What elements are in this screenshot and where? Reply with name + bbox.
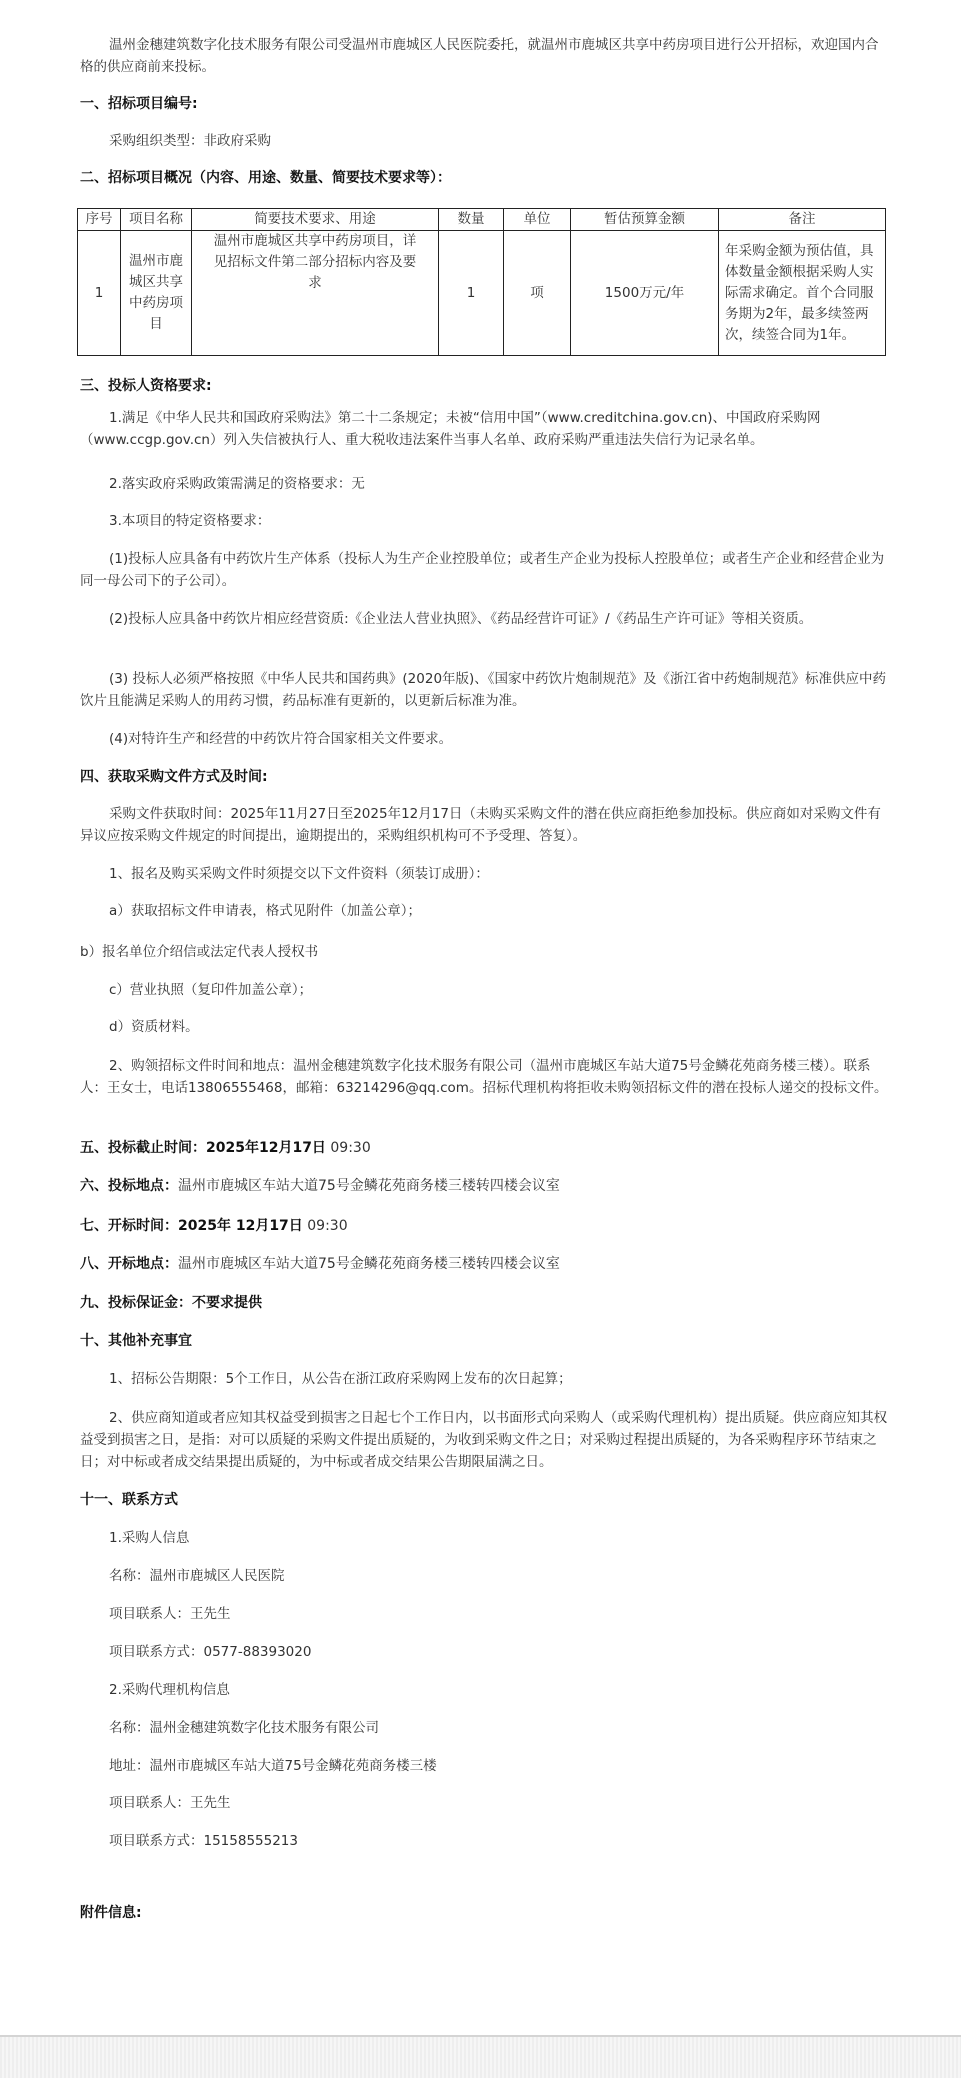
acquisition-location: 2、购领招标文件时间和地点：温州金穗建筑数字化技术服务有限公司（温州市鹿城区车站… — [80, 1055, 890, 1099]
bid-deadline-date: 2025年12月17日 — [206, 1140, 326, 1156]
page-footer-band — [0, 2035, 961, 2080]
table-header-row: 序号 项目名称 简要技术要求、用途 数量 单位 暂估预算金额 备注 — [78, 209, 886, 231]
bid-location-value: 温州市鹿城区车站大道75号金鳞花苑商务楼三楼转四楼会议室 — [178, 1178, 560, 1194]
qualification-3-4: (4)对特许生产和经营的中药饮片符合国家相关文件要求。 — [80, 728, 890, 750]
col-header-name: 项目名称 — [121, 209, 192, 231]
material-a: a）获取招标文件申请表，格式见附件（加盖公章）； — [80, 900, 890, 922]
qualification-3: 3.本项目的特定资格要求： — [80, 510, 890, 532]
section-1-heading: 一、招标项目编号: — [80, 93, 198, 115]
col-header-budget: 暂估预算金额 — [571, 209, 719, 231]
col-header-qty: 数量 — [439, 209, 504, 231]
cell-tech: 温州市鹿城区共享中药房项目，详见招标文件第二部分招标内容及要求 — [192, 231, 439, 356]
opening-location-label: 八、开标地点： — [80, 1256, 178, 1272]
qualification-2: 2.落实政府采购政策需满足的资格要求：无 — [80, 473, 890, 495]
cell-unit: 项 — [504, 231, 571, 356]
section-8-opening-location: 八、开标地点：温州市鹿城区车站大道75号金鳞花苑商务楼三楼转四楼会议室 — [80, 1253, 560, 1275]
bid-deadline-time: 09:30 — [326, 1140, 371, 1156]
cell-note: 年采购金额为预估值，具体数量金额根据采购人实际需求确定。首个合同服务期为2年，最… — [719, 231, 886, 356]
qualification-3-2: (2)投标人应具备中药饮片相应经营资质:《企业法人营业执照》、《药品经营许可证》… — [80, 608, 890, 630]
section-7-opening-time: 七、开标时间：2025年 12月17日 09:30 — [80, 1215, 348, 1237]
materials-title: 1、报名及购买采购文件时须提交以下文件资料（须装订成册）： — [80, 863, 890, 885]
project-overview-table: 序号 项目名称 简要技术要求、用途 数量 单位 暂估预算金额 备注 1 温州市鹿… — [77, 208, 886, 356]
section-5-bid-deadline: 五、投标截止时间：2025年12月17日 09:30 — [80, 1137, 371, 1159]
qualification-3-3: (3) 投标人必须严格按照《中华人民共和国药典》(2020年版)、《国家中药饮片… — [80, 668, 890, 712]
cell-qty: 1 — [439, 231, 504, 356]
opening-time: 09:30 — [303, 1218, 348, 1234]
qualification-1: 1.满足《中华人民共和国政府采购法》第二十二条规定；未被“信用中国”（www.c… — [80, 407, 890, 451]
agency-name: 名称：温州金穗建筑数字化技术服务有限公司 — [80, 1717, 890, 1739]
col-header-tech: 简要技术要求、用途 — [192, 209, 439, 231]
footer-bottom-strip — [0, 2078, 961, 2083]
material-d: d）资质材料。 — [80, 1016, 890, 1038]
org-type: 采购组织类型：非政府采购 — [80, 130, 890, 152]
section-3-heading: 三、投标人资格要求: — [80, 375, 212, 397]
section-10-heading: 十、其他补充事宜 — [80, 1330, 192, 1352]
intro-paragraph: 温州金穗建筑数字化技术服务有限公司受温州市鹿城区人民医院委托，就温州市鹿城区共享… — [80, 34, 890, 78]
cell-budget: 1500万元/年 — [571, 231, 719, 356]
section-9-bid-bond: 九、投标保证金：不要求提供 — [80, 1292, 262, 1314]
opening-date: 2025年 12月17日 — [178, 1218, 303, 1234]
document-acquisition-time: 采购文件获取时间：2025年11月27日至2025年12月17日（未购买采购文件… — [80, 803, 890, 847]
agency-phone: 项目联系方式：15158555213 — [80, 1830, 890, 1852]
material-c: c）营业执照（复印件加盖公章）； — [80, 979, 890, 1001]
bid-bond-value: 不要求提供 — [192, 1295, 262, 1311]
supplement-2: 2、供应商知道或者应知其权益受到损害之日起七个工作日内，以书面形式向采购人（或采… — [80, 1407, 890, 1473]
opening-location-value: 温州市鹿城区车站大道75号金鳞花苑商务楼三楼转四楼会议室 — [178, 1256, 560, 1272]
purchaser-contact: 项目联系人：王先生 — [80, 1603, 890, 1625]
attachments-heading: 附件信息: — [80, 1902, 142, 1924]
bid-location-label: 六、投标地点： — [80, 1178, 178, 1194]
cell-name: 温州市鹿城区共享中药房项目 — [121, 231, 192, 356]
bid-deadline-label: 五、投标截止时间： — [80, 1140, 206, 1156]
agency-address: 地址：温州市鹿城区车站大道75号金鳞花苑商务楼三楼 — [80, 1755, 890, 1777]
section-2-heading: 二、招标项目概况（内容、用途、数量、简要技术要求等）： — [80, 167, 451, 189]
section-11-heading: 十一、联系方式 — [80, 1489, 178, 1511]
purchaser-phone: 项目联系方式：0577-88393020 — [80, 1641, 890, 1663]
agency-contact: 项目联系人：王先生 — [80, 1792, 890, 1814]
col-header-no: 序号 — [78, 209, 121, 231]
bid-bond-label: 九、投标保证金： — [80, 1295, 192, 1311]
purchaser-name: 名称：温州市鹿城区人民医院 — [80, 1565, 890, 1587]
agency-title: 2.采购代理机构信息 — [80, 1679, 890, 1701]
col-header-note: 备注 — [719, 209, 886, 231]
purchaser-title: 1.采购人信息 — [80, 1527, 890, 1549]
material-b: b）报名单位介绍信或法定代表人授权书 — [80, 941, 890, 963]
col-header-unit: 单位 — [504, 209, 571, 231]
cell-no: 1 — [78, 231, 121, 356]
supplement-1: 1、招标公告期限：5个工作日，从公告在浙江政府采购网上发布的次日起算； — [80, 1368, 890, 1390]
table-row: 1 温州市鹿城区共享中药房项目 温州市鹿城区共享中药房项目，详见招标文件第二部分… — [78, 231, 886, 356]
qualification-3-1: (1)投标人应具备有中药饮片生产体系（投标人为生产企业控股单位；或者生产企业为投… — [80, 548, 890, 592]
opening-time-label: 七、开标时间： — [80, 1218, 178, 1234]
section-6-bid-location: 六、投标地点：温州市鹿城区车站大道75号金鳞花苑商务楼三楼转四楼会议室 — [80, 1175, 560, 1197]
section-4-heading: 四、获取采购文件方式及时间: — [80, 766, 268, 788]
